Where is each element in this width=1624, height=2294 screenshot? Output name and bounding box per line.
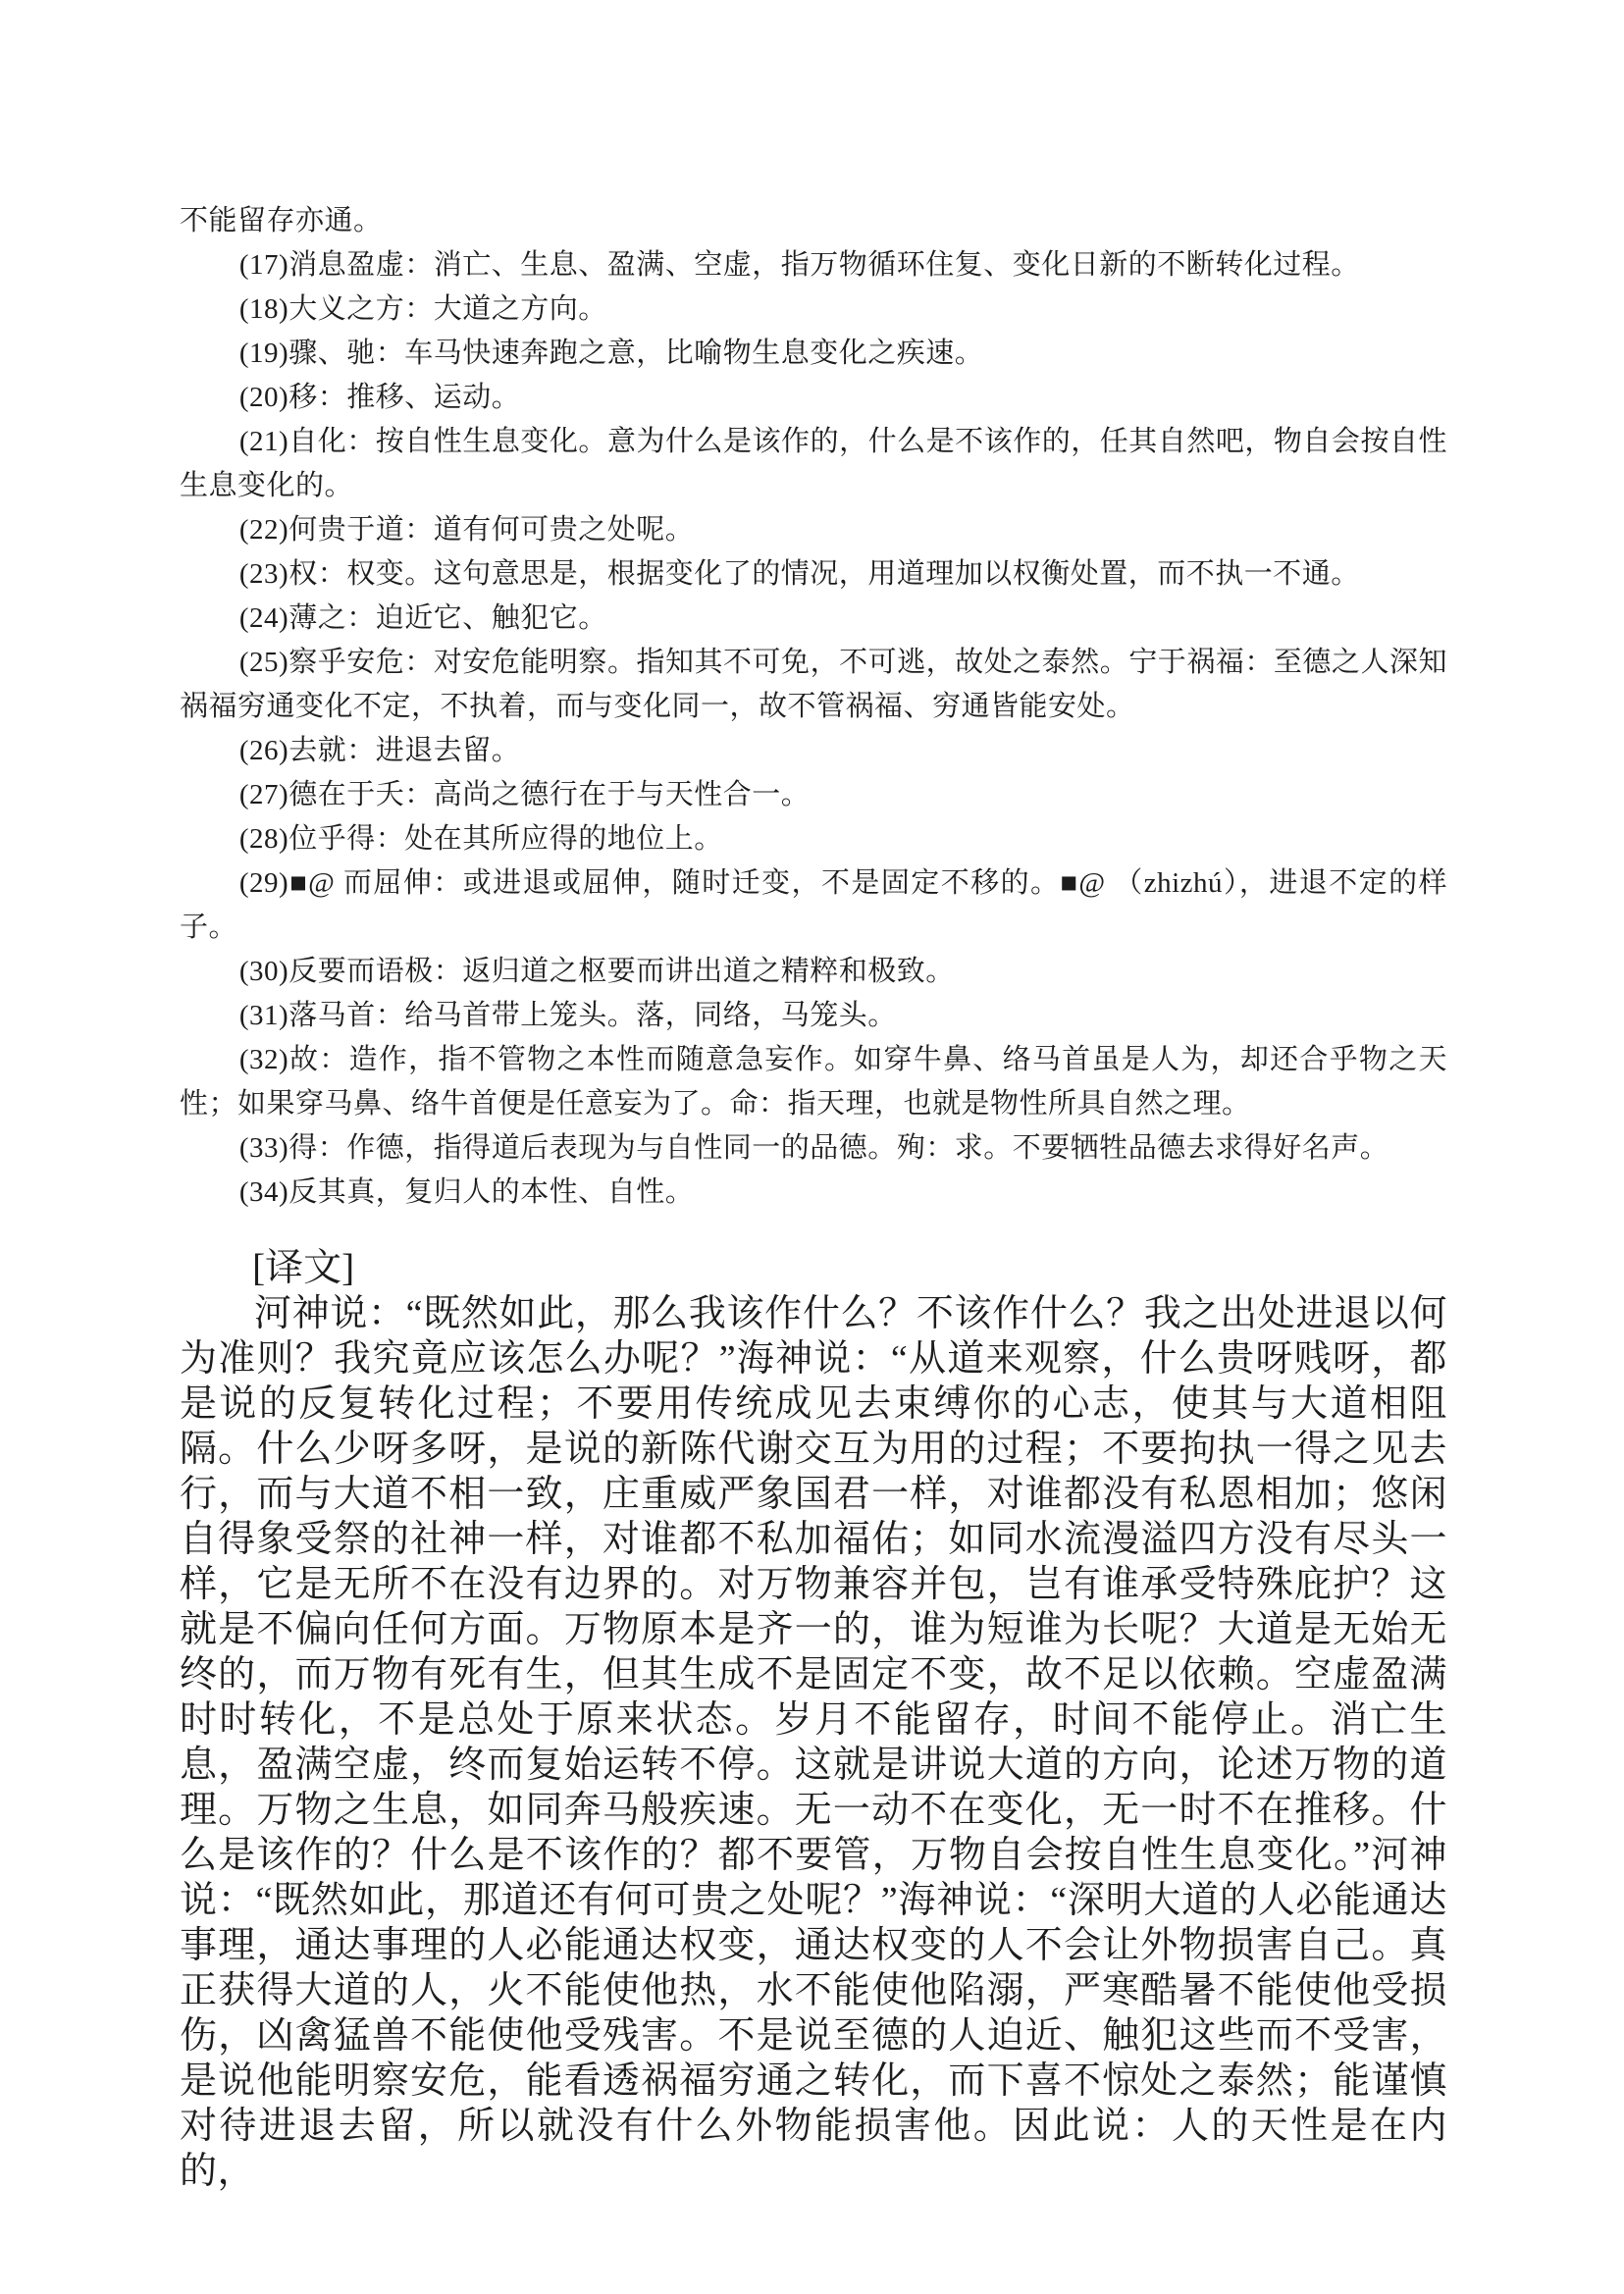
annotations-section: 不能留存亦通。 (17)消息盈虚：消亡、生息、盈满、空虚，指万物循环住复、变化日…: [180, 199, 1447, 1215]
note-item-21: (21)自化：按自性生息变化。意为什么是该作的，什么是不该作的，任其自然吧，物自…: [180, 420, 1447, 508]
note-item-27: (27)德在于夭：高尚之德行在于与天性合一。: [180, 773, 1447, 817]
translation-paragraph: 河神说：“既然如此，那么我该作什么？不该作什么？我之出处进退以何为准则？我究竟应…: [180, 1291, 1447, 2194]
note-item-33: (33)得：作德，指得道后表现为与自性同一的品德。殉：求。不要牺牲品德去求得好名…: [180, 1126, 1447, 1171]
page-content: 不能留存亦通。 (17)消息盈虚：消亡、生息、盈满、空虚，指万物循环住复、变化日…: [180, 199, 1447, 2194]
note-item-30: (30)反要而语极：返归道之枢要而讲出道之精粹和极致。: [180, 950, 1447, 994]
note-item-24: (24)薄之：迫近它、触犯它。: [180, 597, 1447, 641]
note-item-32: (32)故：造作，指不管物之本性而随意急妄作。如穿牛鼻、络马首虽是人为，却还合乎…: [180, 1038, 1447, 1126]
note-item-31: (31)落马首：给马首带上笼头。落，同络，马笼头。: [180, 994, 1447, 1038]
note-item-34: (34)反其真，复归人的本性、自性。: [180, 1171, 1447, 1215]
note-item-20: (20)移：推移、运动。: [180, 376, 1447, 420]
translation-section: [译文] 河神说：“既然如此，那么我该作什么？不该作什么？我之出处进退以何为准则…: [180, 1246, 1447, 2194]
note-item-18: (18)大义之方：大道之方向。: [180, 287, 1447, 332]
note-item-17: (17)消息盈虚：消亡、生息、盈满、空虚，指万物循环住复、变化日新的不断转化过程…: [180, 243, 1447, 287]
note-item-19: (19)骤、驰：车马快速奔跑之意，比喻物生息变化之疾速。: [180, 332, 1447, 376]
note-item-23: (23)权：权变。这句意思是，根据变化了的情况，用道理加以权衡处置，而不执一不通…: [180, 552, 1447, 597]
note-item-28: (28)位乎得：处在其所应得的地位上。: [180, 817, 1447, 861]
note-item-22: (22)何贵于道：道有何可贵之处呢。: [180, 508, 1447, 552]
note-item-29: (29)■@ 而屈伸：或进退或屈伸，随时迁变，不是固定不移的。■@ （zhizh…: [180, 861, 1447, 950]
note-item-26: (26)去就：进退去留。: [180, 729, 1447, 773]
paragraph-continuation: 不能留存亦通。: [180, 199, 1447, 243]
section-title-yiwen: [译文]: [180, 1246, 1447, 1291]
note-item-25: (25)察乎安危：对安危能明察。指知其不可免，不可逃，故处之泰然。宁于祸福：至德…: [180, 641, 1447, 729]
